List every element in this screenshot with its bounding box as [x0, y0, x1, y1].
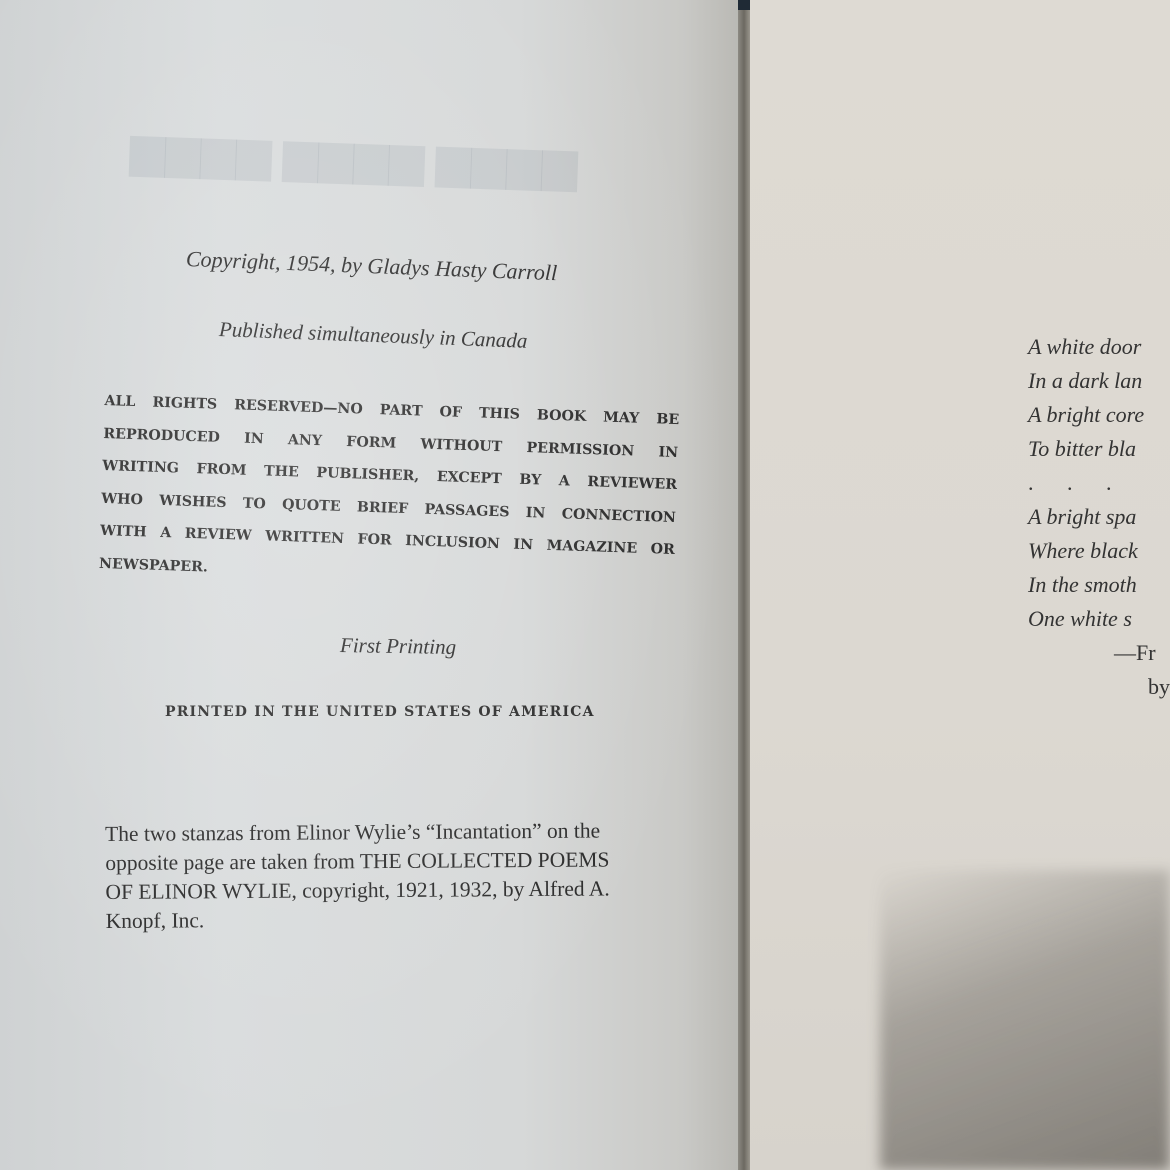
poem-line: A bright core — [1028, 398, 1170, 432]
book-gutter — [738, 0, 750, 1170]
rights-line: WHO WISHES TO QUOTE BRIEF PASSAGES IN CO… — [101, 482, 677, 534]
printed-in-line: PRINTED IN THE UNITED STATES OF AMERICA — [165, 704, 595, 720]
published-line: Published simultaneously in Canada — [219, 317, 528, 354]
poem-attribution: by — [1028, 670, 1170, 704]
epigraph-poem: A white door In a dark lan A bright core… — [1028, 330, 1170, 704]
poem-line: One white s — [1028, 602, 1170, 636]
printing-edition: First Printing — [340, 633, 457, 660]
rights-line: ALL RIGHTS RESERVED—NO PART OF THIS BOOK… — [104, 385, 680, 437]
rights-line: REPRODUCED IN ANY FORM WITHOUT PERMISSIO… — [103, 417, 679, 469]
rights-reserved-notice: ALL RIGHTS RESERVED—NO PART OF THIS BOOK… — [99, 385, 680, 599]
poem-clip: A white door In a dark lan A bright core… — [1020, 320, 1170, 720]
poem-ellipsis: . . . — [1028, 466, 1170, 500]
poem-line: In the smoth — [1028, 568, 1170, 602]
rights-line: WITH A REVIEW WRITTEN FOR INCLUSION IN M… — [100, 515, 676, 567]
left-page: ▆▆▆▆ ▆▆▆▆ ▆▆▆▆ Copyright, 1954, by Glady… — [0, 0, 742, 1170]
poem-attribution: —Fr — [1028, 636, 1170, 670]
note-line: The two stanzas from Elinor Wylie’s “Inc… — [105, 816, 680, 849]
poem-line: To bitter bla — [1028, 432, 1170, 466]
permissions-note: The two stanzas from Elinor Wylie’s “Inc… — [105, 816, 681, 936]
poem-line: A bright spa — [1028, 500, 1170, 534]
note-line: opposite page are taken from THE COLLECT… — [105, 845, 680, 878]
show-through-text: ▆▆▆▆ ▆▆▆▆ ▆▆▆▆ — [129, 122, 578, 192]
copyright-line: Copyright, 1954, by Gladys Hasty Carroll — [186, 246, 558, 286]
poem-line: A white door — [1028, 330, 1170, 364]
rights-line: NEWSPAPER. — [99, 547, 675, 599]
rights-line: WRITING FROM THE PUBLISHER, EXCEPT BY A … — [102, 450, 678, 502]
poem-line: Where black — [1028, 534, 1170, 568]
note-line: OF ELINOR WYLIE, copyright, 1921, 1932, … — [105, 874, 680, 907]
poem-line: In a dark lan — [1028, 364, 1170, 398]
note-line: Knopf, Inc. — [106, 903, 681, 936]
hand-shadow — [880, 870, 1170, 1170]
